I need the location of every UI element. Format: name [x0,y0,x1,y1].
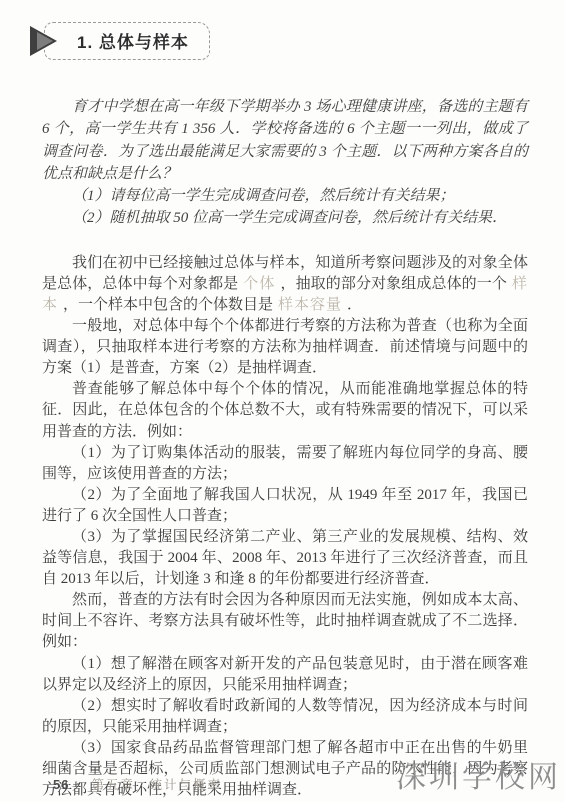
body-text: ． [347,297,362,313]
chapter-title: 第五章 统计与概率 [91,775,222,793]
body-text: （3）为了掌握国民经济第二产业、第三产业的发展规模、结构、效益等信息，我国于 2… [42,529,528,587]
body-text: 一般地，对总体中每个个体都进行考察的方法称为普查（也称为全面调查），只抽取样本进… [42,318,528,376]
body-paragraph: （3）为了掌握国民经济第二产业、第三产业的发展规模、结构、效益等信息，我国于 2… [42,527,528,590]
fill-in-blank: 样本容量 [273,297,347,313]
intro-paragraph: （2）随机抽取 50 位高一学生完成调查问卷，然后统计有关结果． [42,207,528,229]
intro-section: 育才中学想在高一年级下学期举办 3 场心理健康讲座，备选的主题有 6 个，高一学… [42,96,528,230]
body-text: 普查能够了解总体中每个个体的情况，从而能准确地掌握总体的特征．因此，在总体包含的… [42,381,528,439]
intro-paragraph: （1）请每位高一学生完成调查问卷，然后统计有关结果； [42,185,528,207]
body-paragraph: 我们在初中已经接触过总体与样本，知道所考察问题涉及的对象全体是总体，总体中每个对… [42,253,528,316]
body-paragraph: 一般地，对总体中每个个体都进行考察的方法称为普查（也称为全面调查），只抽取样本进… [42,316,528,379]
lesson-title-box: 1. 总体与样本 [44,22,210,60]
watermark: 深圳学校网 [396,752,561,796]
lesson-header: 1. 总体与样本 [30,22,210,60]
body-paragraph: （2）想实时了解收看时政新闻的人数等情况，因为经济成本与时间的原因，只能采用抽样… [42,696,528,738]
play-triangle-icon [30,26,57,56]
body-paragraph: 然而，普查的方法有时会因为各种原因而无法实施，例如成本太高、时间上不容许、考察方… [42,590,528,653]
body-paragraph: （1）想了解潜在顾客对新开发的产品包装意见时，由于潜在顾客难以界定以及经济上的原… [42,654,528,696]
body-text: （2）为了全面地了解我国人口状况，从 1949 年至 2017 年，我国已进行了… [42,487,528,524]
fill-in-blank: 个体 [238,276,280,292]
page-content: 育才中学想在高一年级下学期举办 3 场心理健康讲座，备选的主题有 6 个，高一学… [42,96,528,801]
body-section: 我们在初中已经接触过总体与样本，知道所考察问题涉及的对象全体是总体，总体中每个对… [42,253,528,801]
body-text: ，一个样本中包含的个体数目是 [63,297,273,313]
body-text: （2）想实时了解收看时政新闻的人数等情况，因为经济成本与时间的原因，只能采用抽样… [42,698,528,735]
body-paragraph: （1）为了订购集体活动的服装，需要了解班内每位同学的身高、腰围等，应该使用普查的… [42,443,528,485]
footer: 56 第五章 统计与概率 [53,775,222,793]
page-number: 56 [53,777,69,792]
body-text: （1）为了订购集体活动的服装，需要了解班内每位同学的身高、腰围等，应该使用普查的… [42,445,528,482]
textbook-page: 1. 总体与样本 育才中学想在高一年级下学期举办 3 场心理健康讲座，备选的主题… [0,0,565,802]
lesson-title: 1. 总体与样本 [77,33,189,52]
body-text: 然而，普查的方法有时会因为各种原因而无法实施，例如成本太高、时间上不容许、考察方… [42,592,528,650]
body-paragraph: （2）为了全面地了解我国人口状况，从 1949 年至 2017 年，我国已进行了… [42,485,528,527]
intro-paragraph: 育才中学想在高一年级下学期举办 3 场心理健康讲座，备选的主题有 6 个，高一学… [42,96,528,185]
body-paragraph: 普查能够了解总体中每个个体的情况，从而能准确地掌握总体的特征．因此，在总体包含的… [42,379,528,442]
body-text: ，抽取的部分对象组成总体的一个 [280,276,506,292]
body-text: （1）想了解潜在顾客对新开发的产品包装意见时，由于潜在顾客难以界定以及经济上的原… [42,656,528,693]
